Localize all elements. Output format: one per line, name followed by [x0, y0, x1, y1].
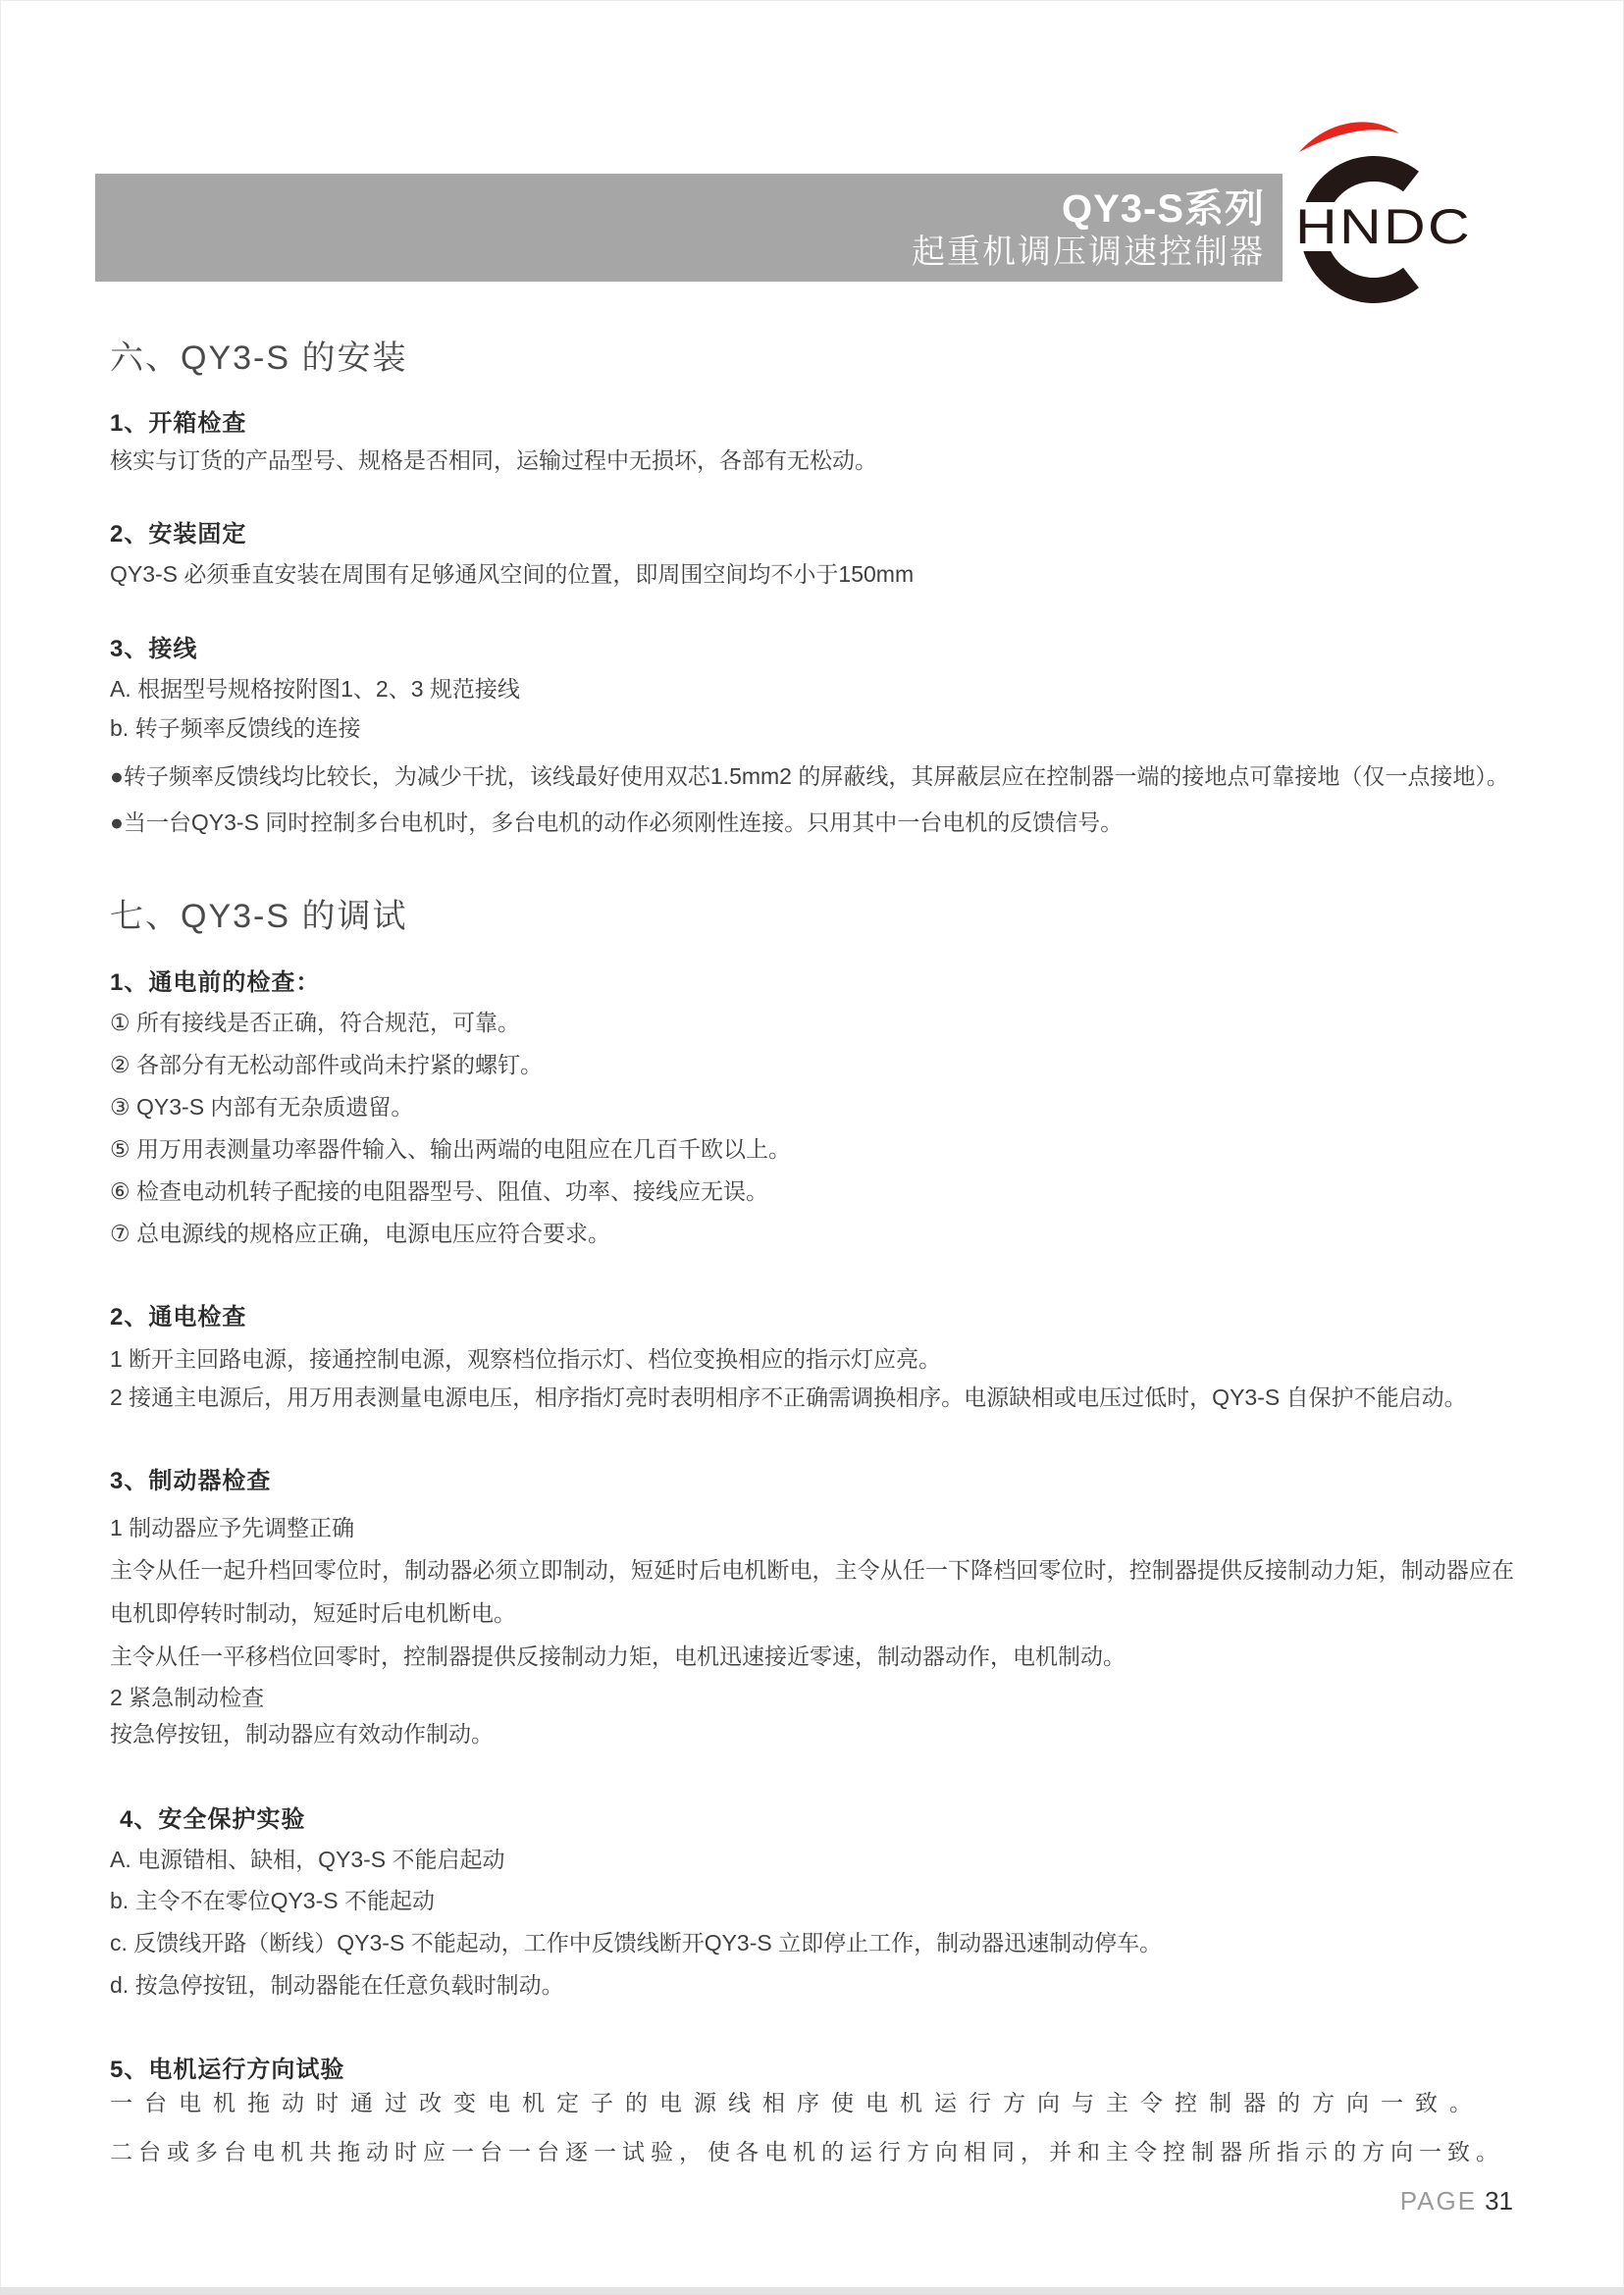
page-label: PAGE: [1400, 2186, 1477, 2216]
body-line: A. 根据型号规格按附图1、2、3 规范接线: [110, 672, 1514, 705]
body-line: 主令从任一平移档位回零时，控制器提供反接制动力矩，电机迅速接近零速，制动器动作，…: [110, 1640, 1514, 1673]
document-content: 六、QY3-S 的安装 1、开箱检查 核实与订货的产品型号、规格是否相同，运输过…: [110, 0, 1514, 2168]
list-item: d. 按急停按钮，制动器能在任意负载时制动。: [110, 1968, 1514, 2002]
section-7-3-heading: 3、制动器检查: [110, 1467, 1514, 1496]
body-line: QY3-S 必须垂直安装在周围有足够通风空间的位置，即周围空间均不小于150mm: [110, 557, 1514, 591]
body-line: 2 接通主电源后，用万用表测量电源电压，相序指灯亮时表明相序不正确需调换相序。电…: [110, 1381, 1514, 1414]
body-line: b. 转子频率反馈线的连接: [110, 711, 1514, 745]
section-7-2-heading: 2、通电检查: [110, 1303, 1514, 1332]
body-line: 2 紧急制动检查: [110, 1681, 1514, 1714]
section-7-title: 七、QY3-S 的调试: [110, 894, 1514, 939]
list-item: A. 电源错相、缺相，QY3-S 不能启起动: [110, 1843, 1514, 1876]
manual-page: { "header": { "series_title": "QY3-S系列",…: [0, 0, 1624, 2295]
checklist-item: ① 所有接线是否正确，符合规范，可靠。: [110, 1006, 1514, 1039]
page-footer: PAGE31: [1400, 2186, 1513, 2216]
checklist-item: ⑦ 总电源线的规格应正确，电源电压应符合要求。: [110, 1217, 1514, 1250]
section-6-1-heading: 1、开箱检查: [110, 409, 1514, 439]
section-7-5-heading: 5、电机运行方向试验: [110, 2056, 1514, 2085]
checklist-item: ② 各部分有无松动部件或尚未拧紧的螺钉。: [110, 1048, 1514, 1081]
checklist-item: ⑥ 检查电动机转子配接的电阻器型号、阻值、功率、接线应无误。: [110, 1174, 1514, 1208]
bullet-line: ●当一台QY3-S 同时控制多台电机时，多台电机的动作必须刚性连接。只用其中一台…: [110, 806, 1514, 839]
body-line: 一台电机拖动时通过改变电机定子的电源线相序使电机运行方向与主令控制器的方向一致。: [110, 2086, 1514, 2119]
page-bottom-edge: [0, 2287, 1624, 2295]
section-7-4-heading: 4、安全保护实验: [110, 1805, 1514, 1835]
body-line: 按急停按钮，制动器应有效动作制动。: [110, 1717, 1514, 1750]
page-number: 31: [1485, 2186, 1513, 2216]
list-item: c. 反馈线开路（断线）QY3-S 不能起动，工作中反馈线断开QY3-S 立即停…: [110, 1926, 1514, 1959]
checklist-item: ③ QY3-S 内部有无杂质遗留。: [110, 1090, 1514, 1123]
section-7-1-heading: 1、通电前的检查：: [110, 968, 1514, 998]
section-6-2-heading: 2、安装固定: [110, 520, 1514, 549]
bullet-line: ●转子频率反馈线均比较长，为减少干扰，该线最好使用双芯1.5mm2 的屏蔽线，其…: [110, 759, 1514, 793]
body-line: 1 断开主回路电源，接通控制电源，观察档位指示灯、档位变换相应的指示灯应亮。: [110, 1342, 1514, 1376]
section-6-3-heading: 3、接线: [110, 635, 1514, 664]
body-line: 二台或多台电机共拖动时应一台一台逐一试验，使各电机的运行方向相同，并和主令控制器…: [110, 2135, 1514, 2168]
body-paragraph: 主令从任一起升档回零位时，制动器必须立即制动，短延时后电机断电，主令从任一下降档…: [110, 1548, 1514, 1635]
checklist-item: ⑤ 用万用表测量功率器件输入、输出两端的电阻应在几百千欧以上。: [110, 1132, 1514, 1166]
body-line: 1 制动器应予先调整正确: [110, 1511, 1514, 1544]
list-item: b. 主令不在零位QY3-S 不能起动: [110, 1884, 1514, 1917]
body-line: 核实与订货的产品型号、规格是否相同，运输过程中无损坏，各部有无松动。: [110, 443, 1514, 477]
section-6-title: 六、QY3-S 的安装: [110, 336, 1514, 381]
